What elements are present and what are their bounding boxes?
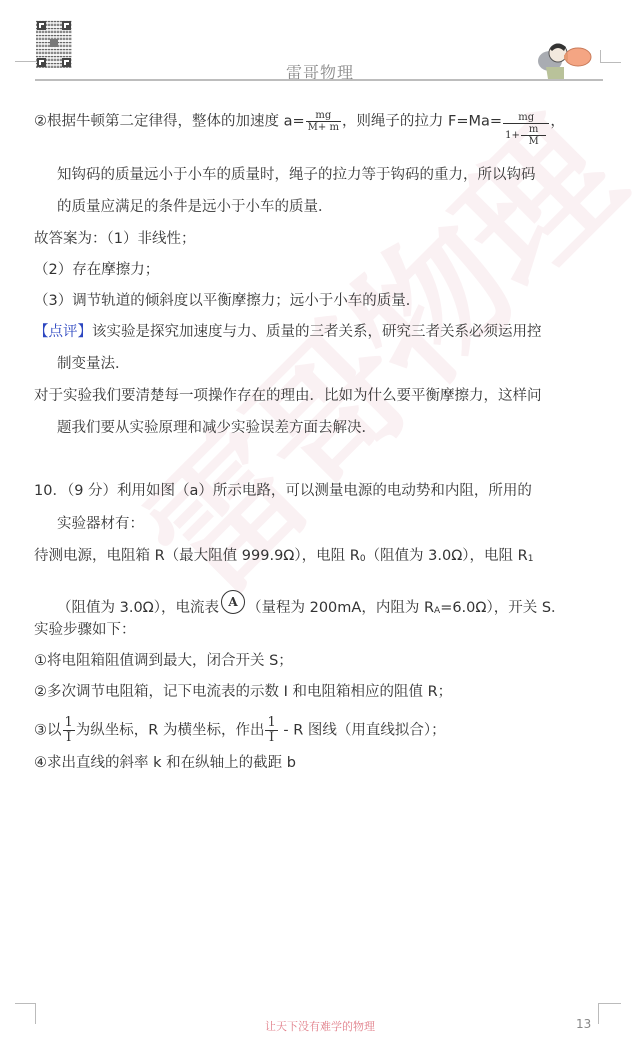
step-4: ④求出直线的斜率 k 和在纵轴上的截距 b xyxy=(34,753,296,773)
review-line-2: 制变量法． xyxy=(57,354,130,374)
fraction-denominator: M+ m xyxy=(306,122,341,133)
text-segment: 待测电源，电阻箱 R（最大阻值 999.9Ω），电阻 R xyxy=(34,548,360,564)
fraction-one-over-i: 1I xyxy=(265,716,277,745)
answer-intro: 故答案为：（1）非线性； xyxy=(34,229,195,249)
solution-line-3: 的质量应满足的条件是远小于小车的质量． xyxy=(57,197,333,217)
document-page: 雷哥物理 雷哥物理 ②根据牛顿第二定律得，整体的加速度 a=mgM+ m，则绳子… xyxy=(0,0,640,1042)
page-number: 13 xyxy=(576,1017,591,1031)
fraction-numerator: m xyxy=(521,124,546,136)
fraction-numerator: mg xyxy=(503,112,549,124)
text-segment: ③以 xyxy=(34,723,62,739)
footer-corner-mark-right xyxy=(598,1003,621,1024)
text-segment: ②根据牛顿第二定律得，整体的加速度 a= xyxy=(34,114,305,130)
fraction-numerator: 1 xyxy=(63,716,75,731)
solution-line-2: 知钩码的质量远小于小车的质量时，绳子的拉力等于钩码的重力，所以钩码 xyxy=(57,165,536,185)
fraction-tension: mg1+mM xyxy=(503,112,549,147)
text-segment: （量程为 200mA，内阻为 R xyxy=(247,600,434,616)
solution-line-1: ②根据牛顿第二定律得，整体的加速度 a=mgM+ m，则绳子的拉力 F=Ma=m… xyxy=(34,110,565,147)
note-line-1: 对于实验我们要清楚每一项操作存在的理由．比如为什么要平衡摩擦力，这样问 xyxy=(34,386,542,406)
answer-3: （3）调节轨道的倾斜度以平衡摩擦力；远小于小车的质量． xyxy=(34,291,420,311)
ammeter-symbol-icon: A xyxy=(221,590,245,614)
text-segment: ， xyxy=(550,114,565,130)
text-segment: （阻值为 3.0Ω），电阻 R xyxy=(366,548,528,564)
text-segment: ，则绳子的拉力 F=Ma= xyxy=(342,114,502,130)
mascot-megaphone-icon xyxy=(536,37,592,81)
text-segment: - R 图线（用直线拟合）； xyxy=(279,723,446,739)
fraction-inner: mM xyxy=(521,124,546,147)
fraction-numerator: mg xyxy=(306,110,341,122)
review-line-1: 【点评】该实验是探究加速度与力、质量的三者关系，研究三者关系必须运用控 xyxy=(34,322,542,342)
steps-title: 实验步骤如下： xyxy=(34,620,136,640)
step-3: ③以1I为纵坐标，R 为横坐标，作出1I - R 图线（用直线拟合）； xyxy=(34,716,446,745)
text-segment: 该实验是探究加速度与力、质量的三者关系，研究三者关系必须运用控 xyxy=(92,324,542,340)
step-1: ①将电阻箱阻值调到最大，闭合开关 S； xyxy=(34,651,293,671)
qr-finder xyxy=(62,21,71,30)
subscript: 1 xyxy=(528,554,534,564)
fraction-denominator: M xyxy=(521,136,546,147)
review-label: 【点评】 xyxy=(34,324,92,340)
question-10-line-2: 实验器材有： xyxy=(57,514,144,534)
qr-finder xyxy=(37,21,46,30)
text-segment: 1+ xyxy=(505,130,520,141)
fraction-one-over-i: 1I xyxy=(63,716,75,745)
fraction-acceleration: mgM+ m xyxy=(306,110,341,133)
text-segment: （阻值为 3.0Ω），电流表 xyxy=(57,600,219,616)
note-line-2: 题我们要从实验原理和减少实验误差方面去解决． xyxy=(57,418,376,438)
fraction-numerator: 1 xyxy=(265,716,277,731)
header-corner-mark xyxy=(600,50,621,63)
footer-slogan: 让天下没有难学的物理 xyxy=(0,1018,640,1034)
question-10-line-1: 10．（9 分）利用如图（a）所示电路，可以测量电源的电动势和内阻，所用的 xyxy=(34,481,532,501)
text-segment: 为纵坐标，R 为横坐标，作出 xyxy=(76,723,265,739)
text-segment: =6.0Ω），开关 S． xyxy=(440,600,565,616)
question-10-line-3: 待测电源，电阻箱 R（最大阻值 999.9Ω），电阻 R0（阻值为 3.0Ω），… xyxy=(34,546,533,569)
header-rule xyxy=(35,79,603,81)
fraction-denominator: 1+mM xyxy=(503,124,549,147)
fraction-denominator: I xyxy=(63,731,75,745)
question-10-line-4: （阻值为 3.0Ω），电流表A（量程为 200mA，内阻为 RA=6.0Ω），开… xyxy=(57,590,566,621)
answer-2: （2）存在摩擦力； xyxy=(34,260,159,280)
step-2: ②多次调节电阻箱，记下电流表的示数 I 和电阻箱相应的阻值 R； xyxy=(34,682,452,702)
qr-logo xyxy=(50,39,58,47)
fraction-denominator: I xyxy=(265,731,277,745)
